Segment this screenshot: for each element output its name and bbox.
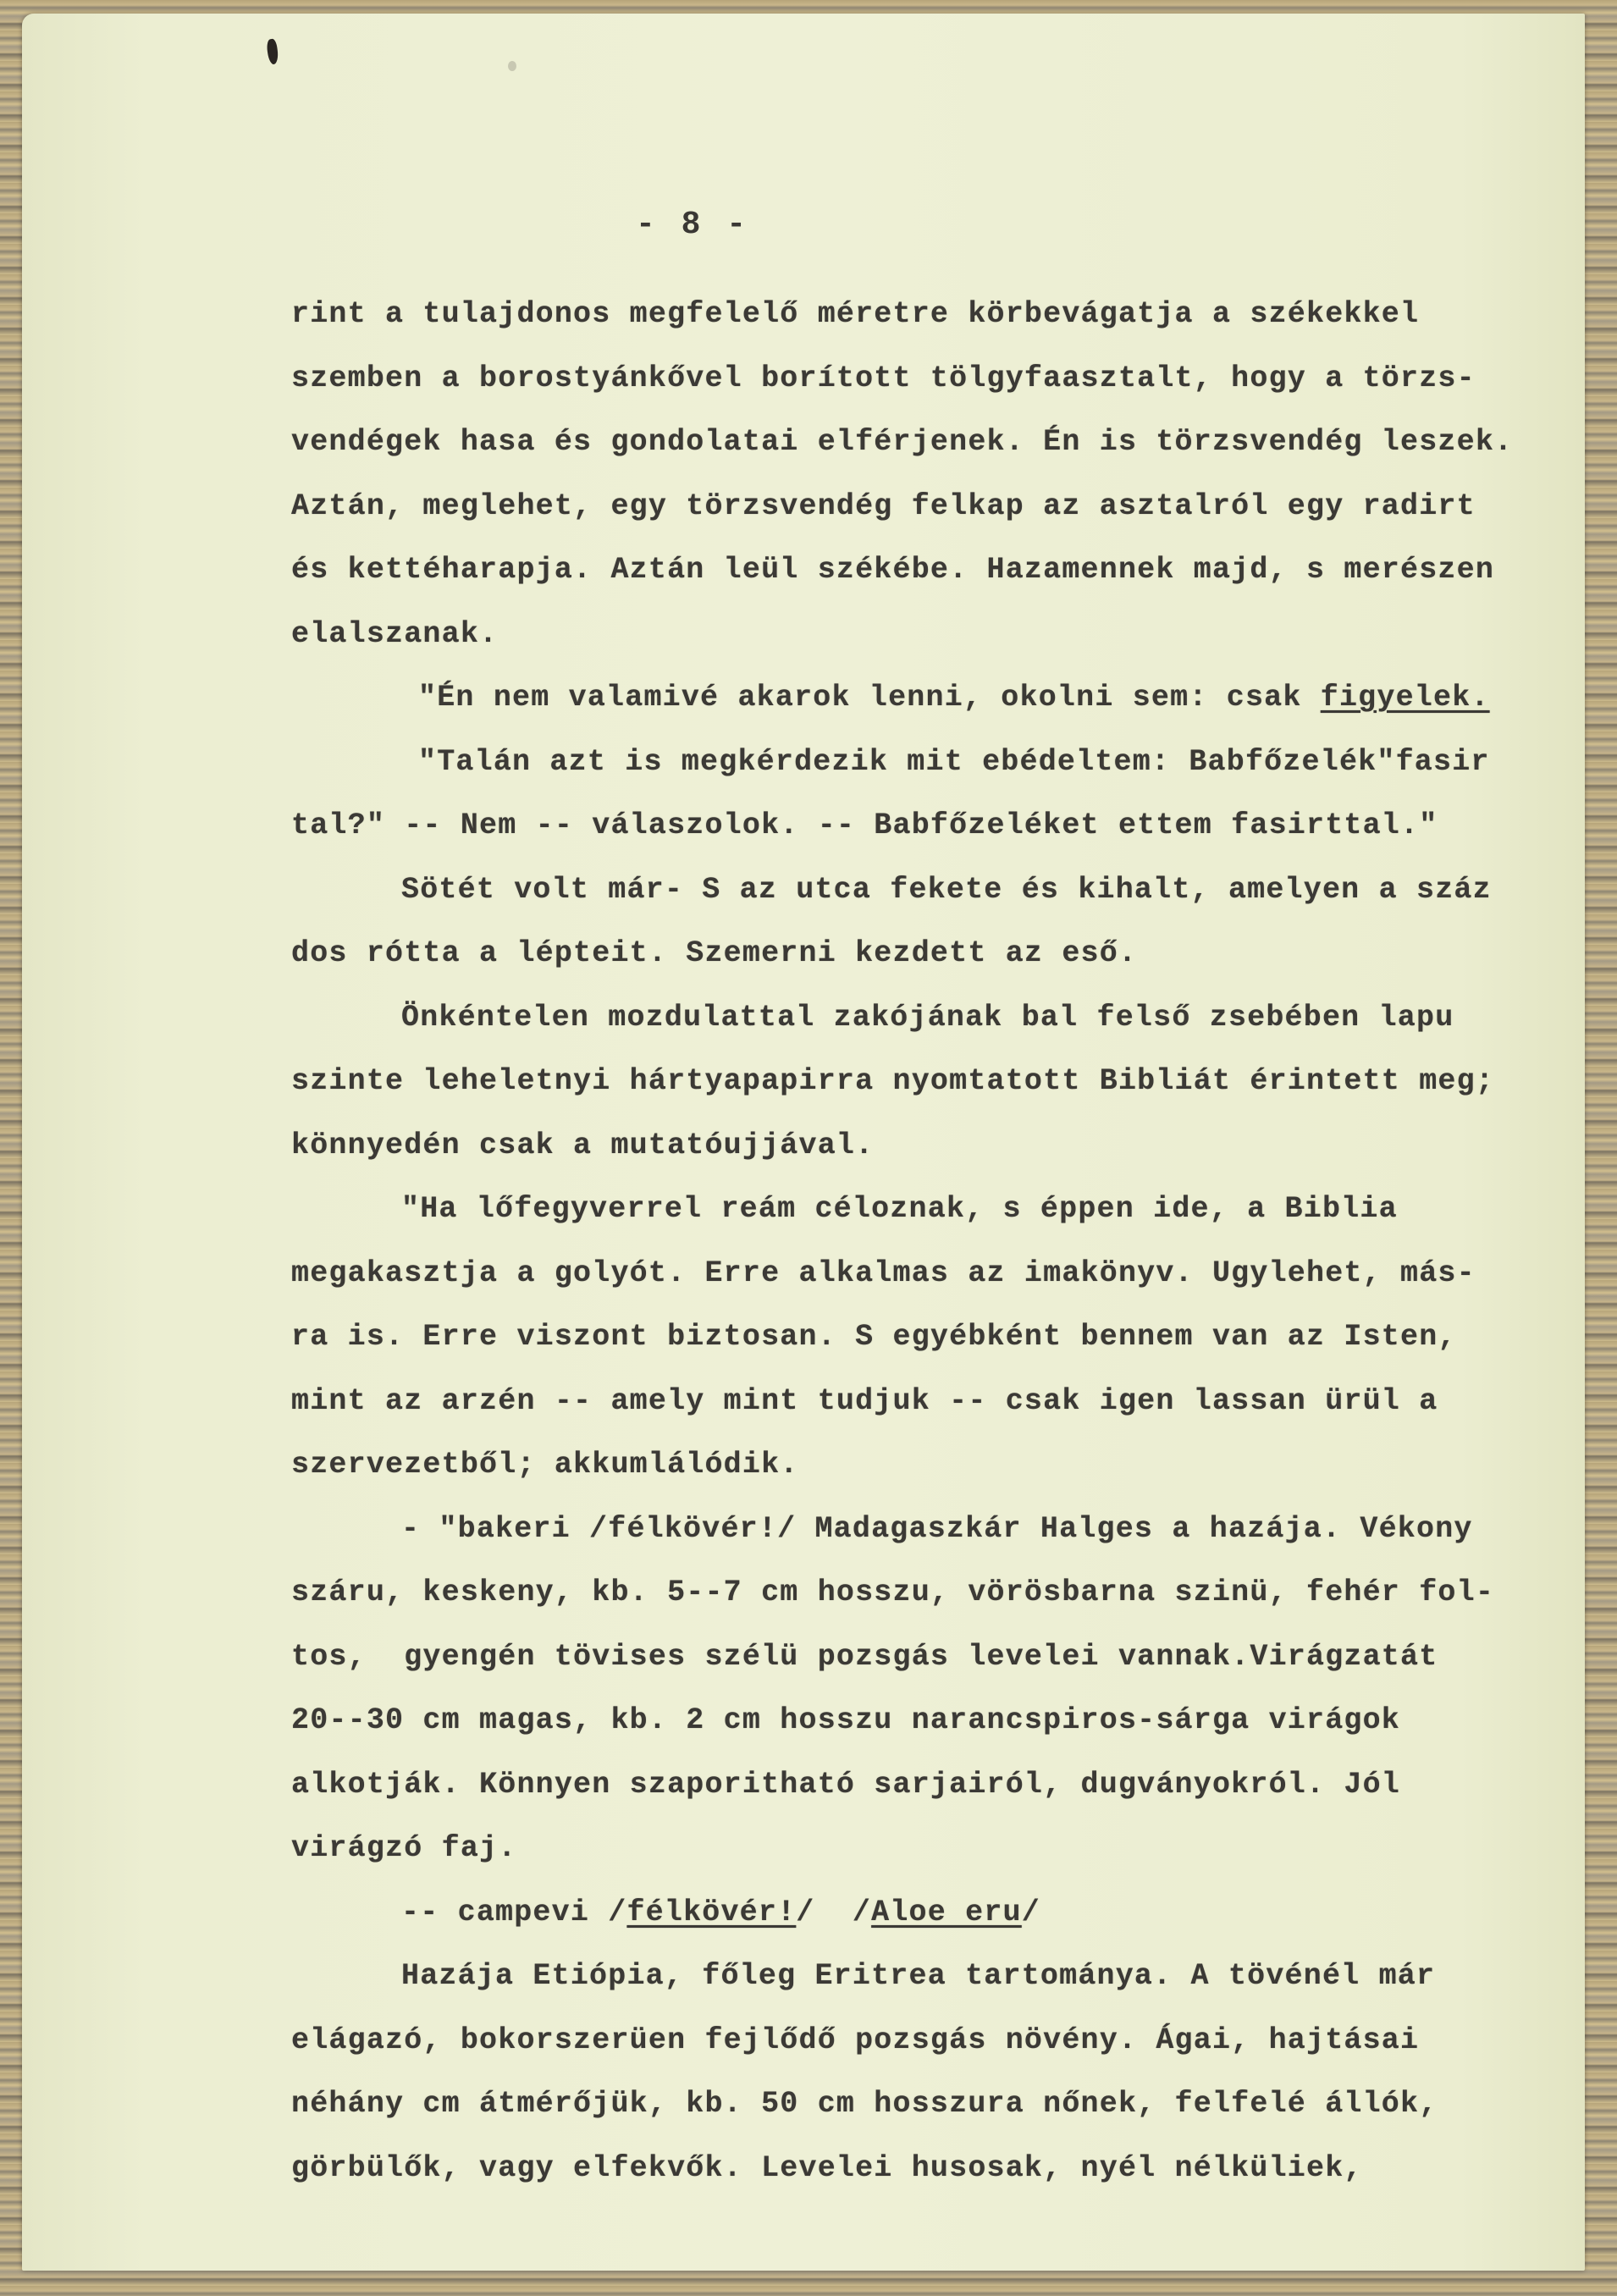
line-text: "Én nem valamivé akarok lenni, okolni se… — [418, 681, 1321, 715]
text-line: szervezetből; akkumlálódik. — [291, 1433, 1578, 1498]
text-line: szinte leheletnyi hártyapapirra nyomtato… — [291, 1050, 1578, 1114]
underlined-word: figyelek. — [1321, 681, 1490, 715]
text-line: - "bakeri /félkövér!/ Madagaszkár Halges… — [291, 1498, 1578, 1562]
text-line: ra is. Erre viszont biztosan. S egyébkén… — [291, 1305, 1578, 1370]
text-line: "Ha lőfegyverrel reám céloznak, s éppen … — [291, 1178, 1578, 1242]
page-number: - 8 - — [636, 207, 749, 243]
text-line: elágazó, bokorszerüen fejlődő pozsgás nö… — [291, 2009, 1578, 2073]
text-line: és kettéharapja. Aztán leül székébe. Haz… — [291, 538, 1578, 603]
line-text: -- campevi / — [401, 1896, 626, 1929]
text-line: megakasztja a golyót. Erre alkalmas az i… — [291, 1242, 1578, 1306]
text-line: rint a tulajdonos megfelelő méretre körb… — [291, 283, 1578, 347]
text-line: száru, keskeny, kb. 5--7 cm hosszu, vörö… — [291, 1561, 1578, 1625]
underlined-word: félkövér! — [626, 1896, 796, 1929]
text-line: mint az arzén -- amely mint tudjuk -- cs… — [291, 1370, 1578, 1434]
text-line: Sötét volt már- S az utca fekete és kiha… — [291, 858, 1578, 923]
text-line: szemben a borostyánkővel borított tölgyf… — [291, 347, 1578, 411]
typewritten-page: - 8 - rint a tulajdonos megfelelő méretr… — [22, 14, 1585, 2271]
text-line: vendégek hasa és gondolatai elférjenek. … — [291, 411, 1578, 475]
text-line: görbülők, vagy elfekvők. Levelei husosak… — [291, 2137, 1578, 2201]
text-line: Önkéntelen mozdulattal zakójának bal fel… — [291, 986, 1578, 1051]
text-line: virágzó faj. — [291, 1817, 1578, 1881]
text-line: Hazája Etiópia, főleg Eritrea tartománya… — [291, 1945, 1578, 2009]
text-line: alkotják. Könnyen szaporitható sarjairól… — [291, 1753, 1578, 1818]
text-line: könnyedén csak a mutatóujjával. — [291, 1114, 1578, 1178]
text-line: néhány cm átmérőjük, kb. 50 cm hosszura … — [291, 2072, 1578, 2137]
text-line: "Talán azt is megkérdezik mit ebédeltem:… — [291, 731, 1578, 795]
text-line: tal?" -- Nem -- válaszolok. -- Babfőzelé… — [291, 794, 1578, 858]
text-line: dos rótta a lépteit. Szemerni kezdett az… — [291, 922, 1578, 986]
line-text: / — [1022, 1896, 1040, 1929]
text-line: Aztán, meglehet, egy törzsvendég felkap … — [291, 475, 1578, 539]
text-line: tos, gyengén tövises szélü pozsgás level… — [291, 1625, 1578, 1690]
text-line: 20--30 cm magas, kb. 2 cm hosszu narancs… — [291, 1689, 1578, 1753]
text-line: elalszanak. — [291, 603, 1578, 667]
paper-smudge — [508, 61, 516, 71]
body-text: rint a tulajdonos megfelelő méretre körb… — [291, 283, 1578, 2200]
ink-blot — [266, 38, 279, 64]
underlined-word: Aloe eru — [871, 1896, 1022, 1929]
text-line: "Én nem valamivé akarok lenni, okolni se… — [291, 666, 1578, 731]
line-text: / / — [796, 1896, 871, 1929]
text-line: -- campevi /félkövér!/ /Aloe eru/ — [291, 1881, 1578, 1946]
